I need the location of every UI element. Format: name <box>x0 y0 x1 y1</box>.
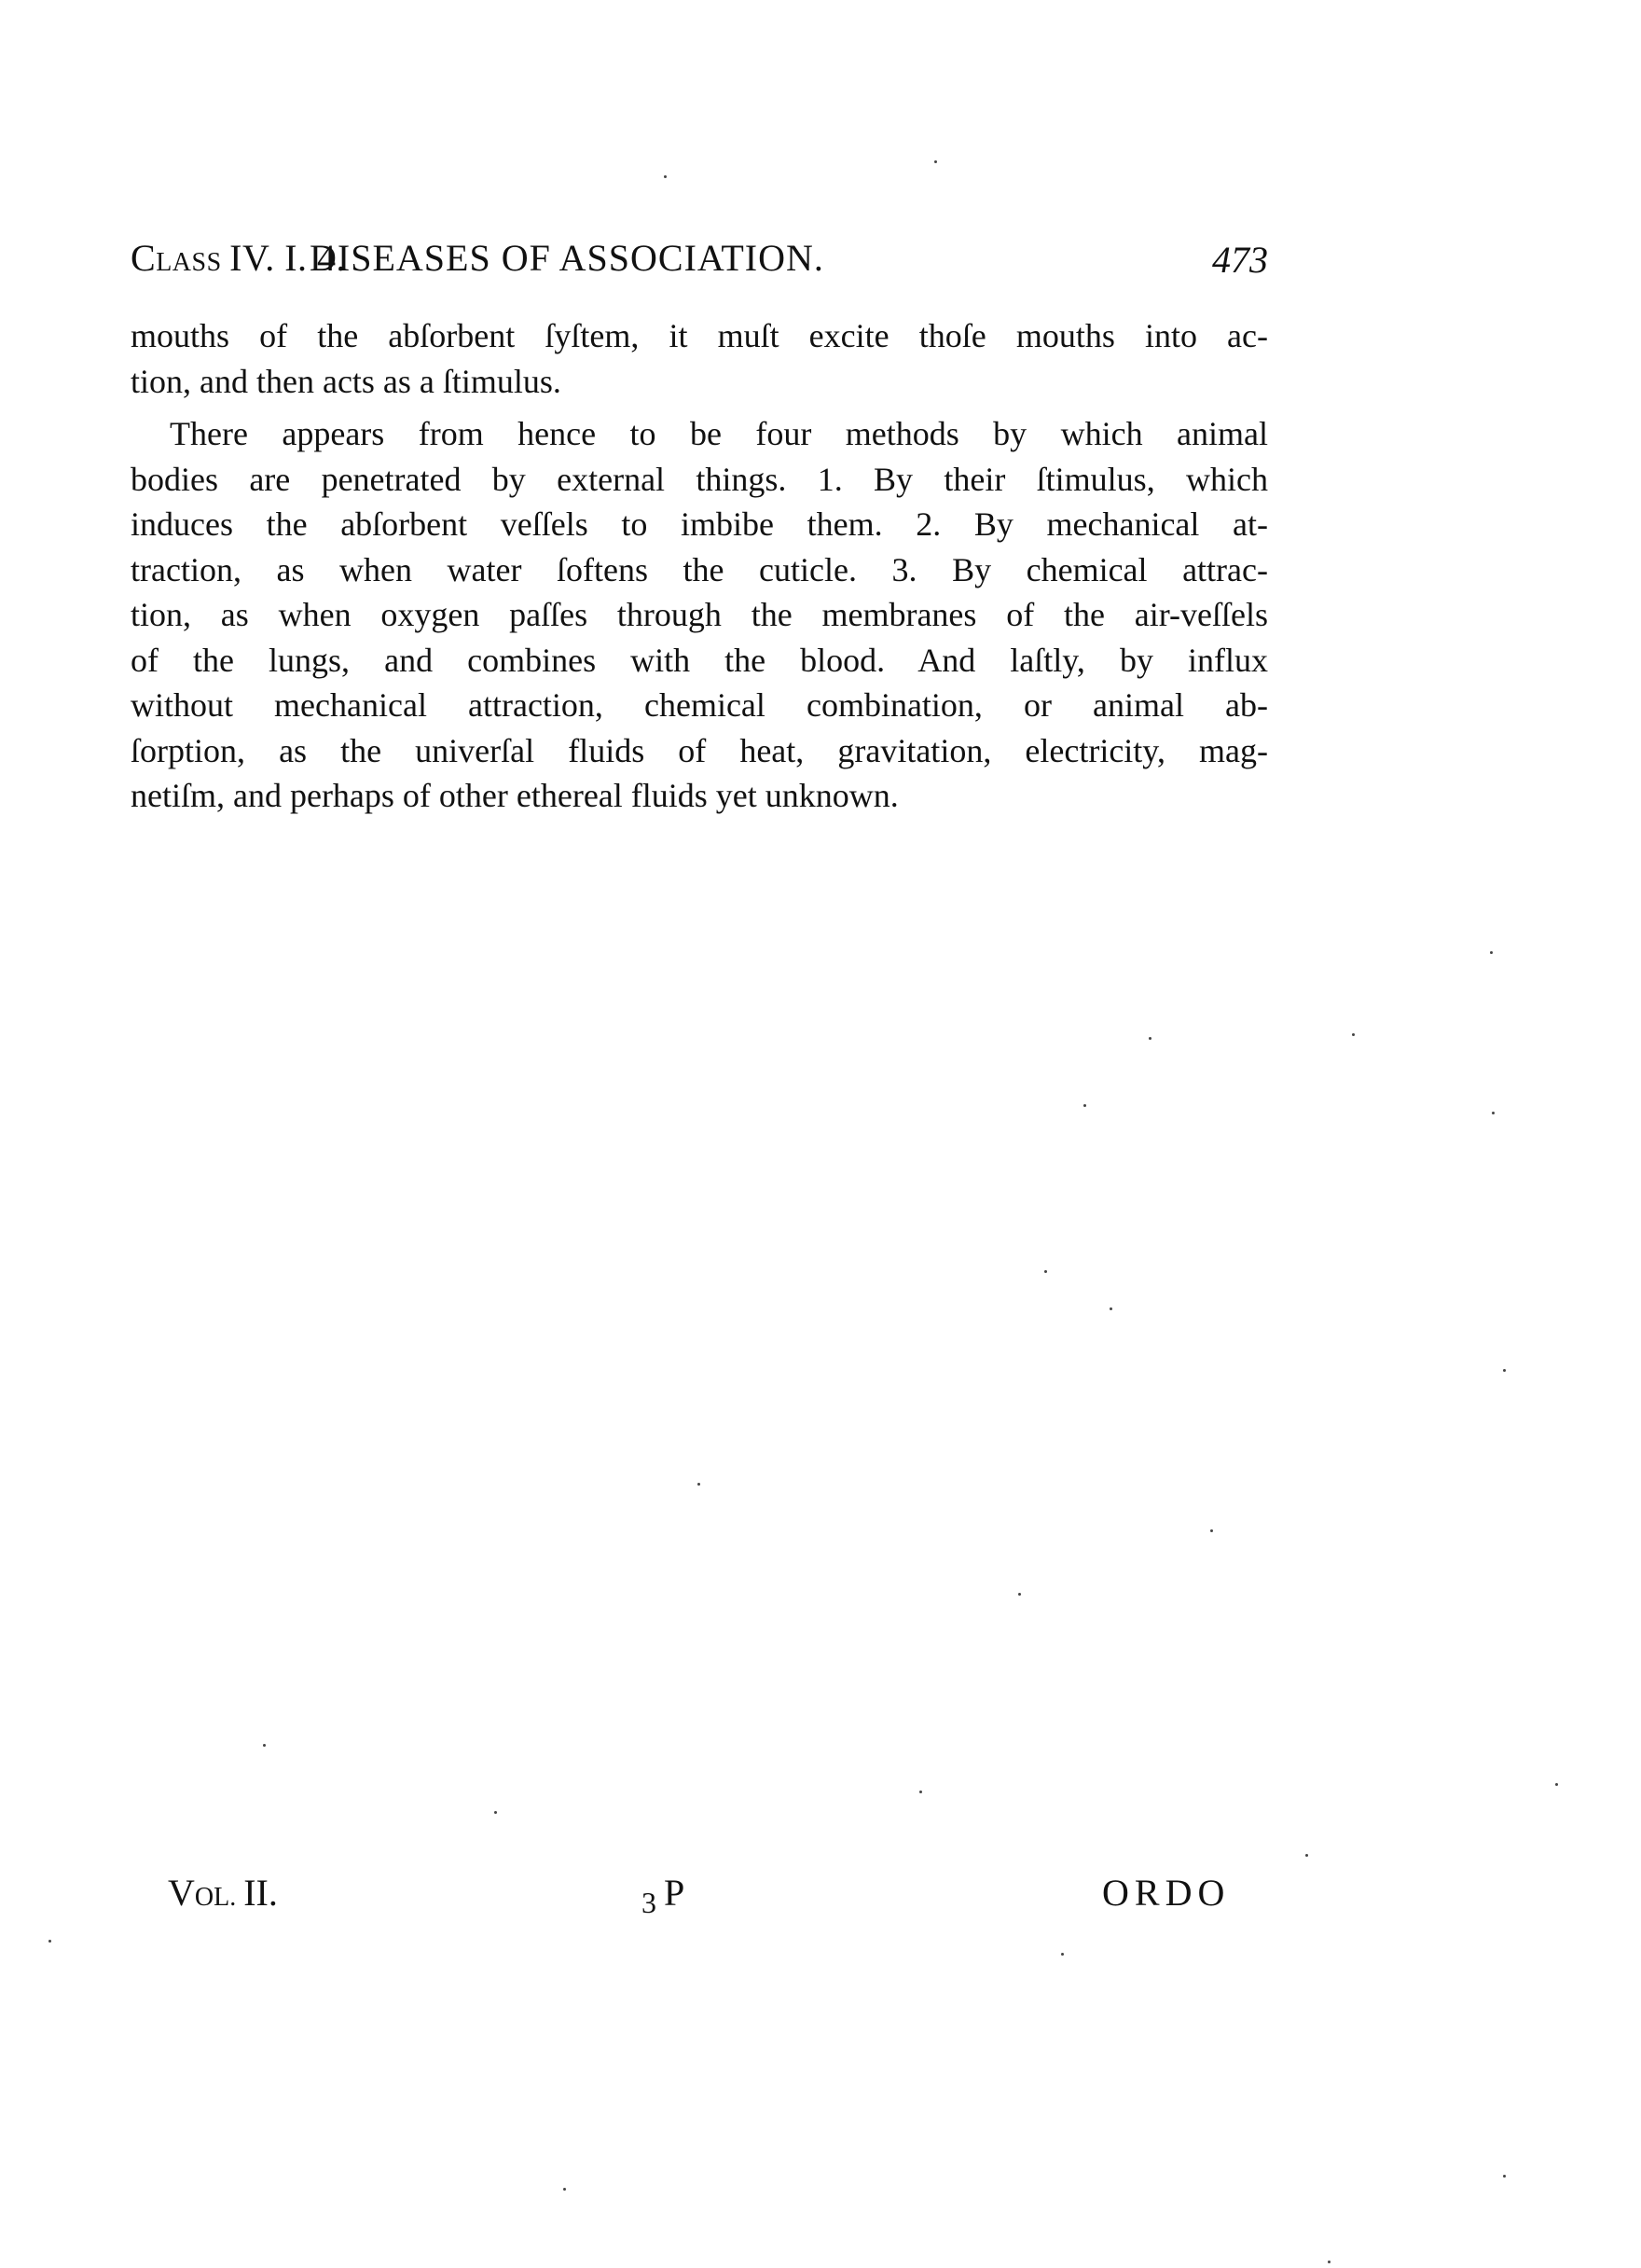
scan-speck <box>1083 1104 1086 1107</box>
text-line: tion, as when oxygen paſſes through the … <box>131 592 1268 638</box>
scan-speck <box>1503 1369 1506 1372</box>
scan-speck <box>934 160 937 163</box>
scan-speck <box>1492 1112 1495 1114</box>
scan-speck <box>48 1940 51 1943</box>
scan-speck <box>1352 1033 1355 1036</box>
class-ref-prefix-small: LASS <box>156 248 221 277</box>
text-line: netiſm, and perhaps of other ethereal fl… <box>131 773 1268 819</box>
text-line: of the lungs, and combines with the bloo… <box>131 638 1268 684</box>
text-line: traction, as when water ſoftens the cuti… <box>131 547 1268 593</box>
scan-speck <box>1044 1270 1047 1273</box>
page-footer: VOL. II. 3 P ORDO <box>0 1865 1641 1921</box>
text-line: mouths of the abſorbent ſyſtem, it muſt … <box>131 313 1268 359</box>
scan-speck <box>919 1791 922 1793</box>
scan-speck <box>1503 2175 1506 2178</box>
scan-speck <box>563 2188 566 2191</box>
text-line: without mechanical attraction, chemical … <box>131 683 1268 728</box>
text-line: ſorption, as the univerſal fluids of hea… <box>131 728 1268 774</box>
catchword: ORDO <box>1102 1865 1230 1921</box>
scan-speck <box>1149 1037 1151 1040</box>
signature-letter: P <box>664 1872 684 1914</box>
scan-speck <box>1018 1593 1021 1596</box>
volume-small: OL. <box>195 1883 236 1912</box>
signature-mark: 3 P <box>641 1865 684 1923</box>
text-line: bodies are penetrated by external things… <box>131 457 1268 503</box>
volume-rest: II. <box>243 1872 278 1914</box>
scan-speck <box>1328 2261 1331 2263</box>
scan-speck <box>1210 1529 1213 1532</box>
scan-speck <box>664 175 667 178</box>
signature-number: 3 <box>641 1886 656 1919</box>
scan-speck <box>1061 1953 1064 1956</box>
body-text: mouths of the abſorbent ſyſtem, it muſt … <box>131 313 1268 819</box>
page-title: DISEASES OF ASSOCIATION. <box>310 235 824 282</box>
volume-big: V <box>168 1872 195 1914</box>
scan-speck <box>1110 1307 1112 1310</box>
text-line: induces the abſorbent veſſels to imbibe … <box>131 502 1268 547</box>
page-number: 473 <box>1212 237 1268 283</box>
book-page: CLASS IV. I. 4. DISEASES OF ASSOCIATION.… <box>0 0 1641 2268</box>
text-line: There appears from hence to be four meth… <box>131 411 1268 457</box>
scan-speck <box>697 1483 700 1486</box>
scan-speck <box>1555 1783 1558 1786</box>
class-ref-prefix-big: C <box>131 237 156 279</box>
running-head: CLASS IV. I. 4. DISEASES OF ASSOCIATION.… <box>131 235 1268 282</box>
volume-label: VOL. II. <box>168 1865 278 1926</box>
scan-speck <box>494 1811 497 1814</box>
text-line: tion, and then acts as a ſtimulus. <box>131 359 1268 405</box>
scan-speck <box>1490 951 1493 954</box>
scan-speck <box>263 1744 266 1747</box>
scan-speck <box>1305 1854 1308 1857</box>
